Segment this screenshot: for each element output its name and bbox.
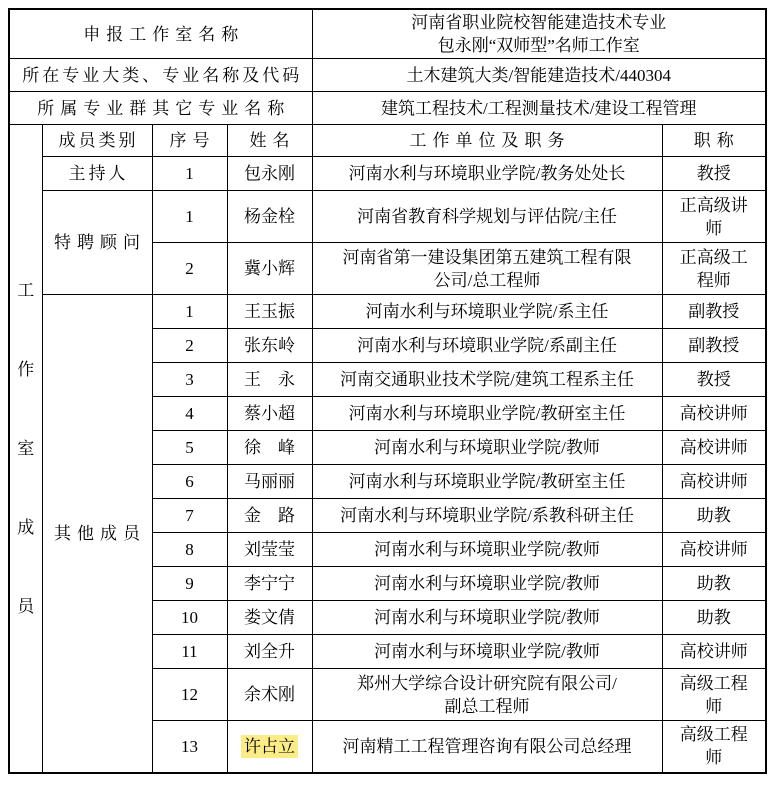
side-label-workstudio-members: 工 作 室 成 员	[12, 279, 40, 618]
member-title-cell: 正高级讲 师	[662, 191, 766, 243]
highlighted-member-name: 许占立	[241, 735, 298, 758]
member-name-cell: 徐 峰	[227, 431, 312, 465]
member-name-cell: 娄文倩	[227, 601, 312, 635]
member-name-cell: 杨金栓	[227, 191, 312, 243]
member-title-cell: 高校讲师	[662, 431, 766, 465]
member-index-cell: 12	[152, 669, 227, 721]
member-index-cell: 2	[152, 243, 227, 295]
member-row: 特聘顾问 1 杨金栓 河南省教育科学规划与评估院/主任 正高级讲 师	[9, 191, 766, 243]
member-title-cell: 高校讲师	[662, 533, 766, 567]
member-work-cell: 河南水利与环境职业学院/教研室主任	[312, 465, 662, 499]
member-work-cell: 河南省教育科学规划与评估院/主任	[312, 191, 662, 243]
member-work-cell: 河南省第一建设集团第五建筑工程有限 公司/总工程师	[312, 243, 662, 295]
member-index-cell: 13	[152, 721, 227, 773]
member-work-cell: 河南水利与环境职业学院/系教科研主任	[312, 499, 662, 533]
member-name-cell: 蔡小超	[227, 397, 312, 431]
member-name-cell: 包永刚	[227, 157, 312, 191]
member-work-cell: 河南水利与环境职业学院/教师	[312, 601, 662, 635]
member-name-cell: 刘全升	[227, 635, 312, 669]
member-title-cell: 副教授	[662, 329, 766, 363]
info-row-label: 所属专业群其它专业名称	[9, 92, 312, 125]
member-index-cell: 5	[152, 431, 227, 465]
member-index-cell: 9	[152, 567, 227, 601]
member-row: 其他成员 1 王玉振 河南水利与环境职业学院/系主任 副教授	[9, 295, 766, 329]
category-cell: 特聘顾问	[42, 191, 152, 295]
member-work-cell: 河南水利与环境职业学院/系主任	[312, 295, 662, 329]
member-title-cell: 副教授	[662, 295, 766, 329]
header-category: 成员类别	[42, 125, 152, 157]
member-work-cell: 河南水利与环境职业学院/教研室主任	[312, 397, 662, 431]
info-row-value: 河南省职业院校智能建造技术专业 包永刚“双师型”名师工作室	[312, 9, 766, 59]
member-index-cell: 4	[152, 397, 227, 431]
info-row-value: 建筑工程技术/工程测量技术/建设工程管理	[312, 92, 766, 125]
member-name-cell: 金 路	[227, 499, 312, 533]
members-side-cell: 工 作 室 成 员	[9, 125, 42, 773]
info-row: 所在专业大类、专业名称及代码 土木建筑大类/智能建造技术/440304	[9, 59, 766, 92]
member-index-cell: 3	[152, 363, 227, 397]
member-name-cell: 刘莹莹	[227, 533, 312, 567]
member-index-cell: 6	[152, 465, 227, 499]
member-title-cell: 高校讲师	[662, 465, 766, 499]
member-work-cell: 河南水利与环境职业学院/系副主任	[312, 329, 662, 363]
member-title-cell: 助教	[662, 499, 766, 533]
document-page: 申报工作室名称 河南省职业院校智能建造技术专业 包永刚“双师型”名师工作室 所在…	[0, 0, 774, 774]
member-name-cell: 马丽丽	[227, 465, 312, 499]
member-title-cell: 高级工程 师	[662, 669, 766, 721]
member-name-cell: 王 永	[227, 363, 312, 397]
member-title-cell: 教授	[662, 157, 766, 191]
member-title-cell: 高校讲师	[662, 397, 766, 431]
member-index-cell: 1	[152, 157, 227, 191]
member-name-cell: 余术刚	[227, 669, 312, 721]
category-cell: 主持人	[42, 157, 152, 191]
member-index-cell: 10	[152, 601, 227, 635]
info-row: 所属专业群其它专业名称 建筑工程技术/工程测量技术/建设工程管理	[9, 92, 766, 125]
member-work-cell: 河南水利与环境职业学院/教师	[312, 567, 662, 601]
side-label-char: 成	[17, 516, 34, 539]
member-row: 主持人 1 包永刚 河南水利与环境职业学院/教务处处长 教授	[9, 157, 766, 191]
member-title-cell: 教授	[662, 363, 766, 397]
member-title-cell: 助教	[662, 567, 766, 601]
member-index-cell: 1	[152, 295, 227, 329]
info-row-label: 所在专业大类、专业名称及代码	[9, 59, 312, 92]
side-label-char: 员	[17, 595, 34, 618]
members-header-row: 工 作 室 成 员 成员类别 序号 姓名 工作单位及职务 职称	[9, 125, 766, 157]
header-name: 姓名	[227, 125, 312, 157]
member-name-cell: 许占立	[227, 721, 312, 773]
member-index-cell: 11	[152, 635, 227, 669]
member-work-cell: 河南精工工程管理咨询有限公司总经理	[312, 721, 662, 773]
member-name-cell: 王玉振	[227, 295, 312, 329]
member-title-cell: 助教	[662, 601, 766, 635]
member-title-cell: 正高级工 程师	[662, 243, 766, 295]
member-index-cell: 8	[152, 533, 227, 567]
member-name-cell: 李宁宁	[227, 567, 312, 601]
member-work-cell: 河南水利与环境职业学院/教师	[312, 533, 662, 567]
header-title: 职称	[662, 125, 766, 157]
header-index: 序号	[152, 125, 227, 157]
header-work: 工作单位及职务	[312, 125, 662, 157]
member-name-cell: 冀小辉	[227, 243, 312, 295]
side-label-char: 作	[17, 358, 34, 381]
category-cell: 其他成员	[42, 295, 152, 773]
member-index-cell: 1	[152, 191, 227, 243]
side-label-char: 工	[17, 279, 34, 302]
member-index-cell: 7	[152, 499, 227, 533]
member-index-cell: 2	[152, 329, 227, 363]
info-row: 申报工作室名称 河南省职业院校智能建造技术专业 包永刚“双师型”名师工作室	[9, 9, 766, 59]
info-row-value: 土木建筑大类/智能建造技术/440304	[312, 59, 766, 92]
member-title-cell: 高校讲师	[662, 635, 766, 669]
member-work-cell: 郑州大学综合设计研究院有限公司/ 副总工程师	[312, 669, 662, 721]
member-work-cell: 河南水利与环境职业学院/教务处处长	[312, 157, 662, 191]
member-name-cell: 张东岭	[227, 329, 312, 363]
info-row-label: 申报工作室名称	[9, 9, 312, 59]
member-title-cell: 高级工程 师	[662, 721, 766, 773]
member-work-cell: 河南交通职业技术学院/建筑工程系主任	[312, 363, 662, 397]
workstudio-application-table: 申报工作室名称 河南省职业院校智能建造技术专业 包永刚“双师型”名师工作室 所在…	[8, 8, 767, 774]
side-label-char: 室	[17, 437, 34, 460]
member-work-cell: 河南水利与环境职业学院/教师	[312, 635, 662, 669]
member-work-cell: 河南水利与环境职业学院/教师	[312, 431, 662, 465]
